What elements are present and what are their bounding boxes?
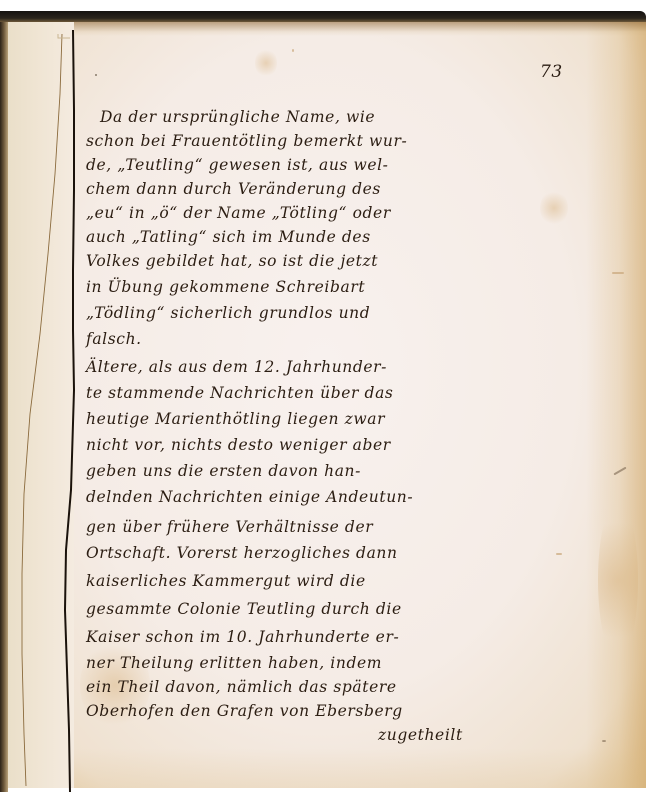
- text-line: ner Theilung erlitten haben, indem: [86, 654, 382, 672]
- text-line: gesammte Colonie Teutling durch die: [86, 600, 402, 618]
- text-line: heutige Marienthötling liegen zwar: [86, 410, 385, 428]
- page-top-shadow: [60, 22, 646, 36]
- text-line: nicht vor, nichts desto weniger aber: [86, 436, 391, 454]
- paper-stain: [598, 500, 638, 660]
- text-line: auch „Tatling“ sich im Munde des: [86, 228, 371, 246]
- text-line: falsch.: [86, 330, 142, 348]
- text-line: „eu“ in „ö“ der Name „Tötling“ oder: [86, 204, 391, 222]
- page-gutter-edge: [60, 30, 80, 792]
- text-line: schon bei Frauentötling bemerkt wur-: [86, 132, 407, 150]
- page-number: 73: [540, 62, 563, 82]
- text-line: zugetheilt: [378, 726, 463, 744]
- text-line: in Übung gekommene Schreibart: [86, 278, 365, 296]
- paper-stain: [540, 190, 568, 226]
- text-line: Kaiser schon im 10. Jahrhunderte er-: [86, 628, 399, 646]
- text-line: gen über frühere Verhältnisse der: [86, 518, 373, 536]
- paper-stain: [255, 48, 277, 78]
- manuscript-photo: 73 Da der ursprüngliche Name, wie schon …: [0, 0, 656, 790]
- text-line: chem dann durch Veränderung des: [86, 180, 381, 198]
- text-line: Volkes gebildet hat, so ist die jetzt: [86, 252, 378, 270]
- text-line: Da der ursprüngliche Name, wie: [100, 108, 375, 126]
- paper-speck: [602, 740, 606, 742]
- text-line: Ältere, als aus dem 12. Jahrhunder-: [86, 358, 387, 376]
- paper-speck: [292, 49, 294, 52]
- paper-speck: [556, 553, 562, 555]
- text-line: geben uns die ersten davon han-: [86, 462, 361, 480]
- text-line: „Tödling“ sicherlich grundlos und: [86, 304, 370, 322]
- text-line: de, „Teutling“ gewesen ist, aus wel-: [86, 156, 389, 174]
- paper-speck: [95, 74, 97, 76]
- text-line: te stammende Nachrichten über das: [86, 384, 393, 402]
- text-line: delnden Nachrichten einige Andeutun-: [86, 488, 413, 506]
- text-line: Ortschaft. Vorerst herzogliches dann: [86, 544, 398, 562]
- text-line: Oberhofen den Grafen von Ebersberg: [86, 702, 403, 720]
- text-line: kaiserliches Kammergut wird die: [86, 572, 366, 590]
- paper-speck: [612, 272, 624, 274]
- text-line: ein Theil davon, nämlich das spätere: [86, 678, 397, 696]
